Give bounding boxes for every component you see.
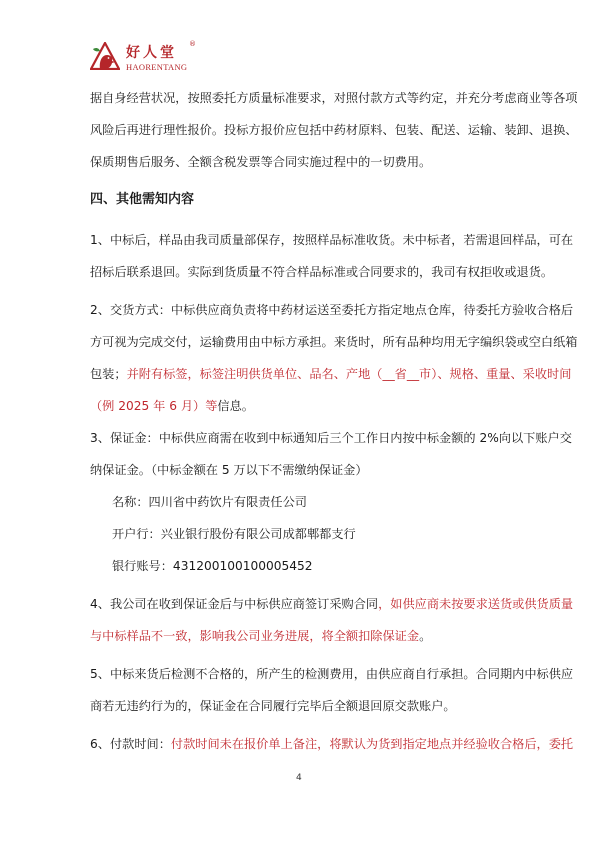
item-5-line: 5、中标来货后检测不合格的，所产生的检测费用，由供应商自行承担。合同期内中标供应 (90, 666, 573, 682)
page-number: 4 (296, 773, 302, 783)
item-1-line: 招标后联系退回。实际到货质量不符合样品标准或合同要求的，我司有权拒收或退货。 (90, 264, 553, 280)
item-6-line: 6、付款时间：付款时间未在报价单上备注，将默认为货到指定地点并经验收合格后，委托 (90, 736, 573, 752)
item-4-line: 4、我公司在收到保证金后与中标供应商签订采购合同，如供应商未按要求送货或供货质量 (90, 596, 573, 612)
company-logo: 好人堂 ® HAORENTANG (90, 40, 200, 72)
item-2-line: 2、交货方式：中标供应商负责将中药材运送至委托方指定地点仓库，待委托方验收合格后 (90, 302, 573, 318)
account-number: 银行账号：431200100100005452 (112, 558, 313, 574)
haorentang-logo-icon (90, 42, 120, 70)
text-normal: 4、我公司在收到保证金后与中标供应商签订采购合同 (90, 597, 378, 611)
paragraph-line: 风险后再进行理性报价。投标方报价应包括中药材原料、包装、配送、运输、装卸、退换、 (90, 122, 578, 138)
text-emphasis: （例 2025 年 6 月）等 (90, 399, 217, 413)
text-normal: 信息。 (217, 399, 254, 413)
text-normal: 。 (419, 629, 431, 643)
text-emphasis: 付款时间未在报价单上备注，将默认为货到指定地点并经验收合格后，委托 (171, 737, 573, 751)
item-2-line: 包装；并附有标签，标签注明供货单位、品名、产地（__省__市）、规格、重量、采收… (90, 366, 571, 382)
item-1-line: 1、中标后，样品由我司质量部保存，按照样品标准收货。未中标者，若需退回样品，可在 (90, 232, 573, 248)
item-3-line: 3、保证金：中标供应商需在收到中标通知后三个工作日内按中标金额的 2%向以下账户… (90, 430, 572, 446)
text-emphasis: 并附有标签，标签注明供货单位、品名、产地（__省__市）、规格、重量、采收时间 (127, 367, 572, 381)
account-bank: 开户行：兴业银行股份有限公司成都郫都支行 (112, 526, 356, 542)
item-4-line: 与中标样品不一致，影响我公司业务进展，将全额扣除保证金。 (90, 628, 431, 644)
text-emphasis: 与中标样品不一致，影响我公司业务进展，将全额扣除保证金 (90, 629, 419, 643)
text-normal: 包装； (90, 367, 127, 381)
account-name: 名称：四川省中药饮片有限责任公司 (112, 494, 307, 510)
text-normal: 6、付款时间： (90, 737, 171, 751)
item-2-line: （例 2025 年 6 月）等信息。 (90, 398, 254, 414)
registered-mark: ® (189, 40, 196, 48)
logo-english-name: HAORENTANG (126, 62, 187, 72)
item-2-line: 方可视为完成交付，运输费用由中标方承担。来货时，所有品种均用无字编织袋或空白纸箱 (90, 334, 578, 350)
text-emphasis: ，如供应商未按要求送货或供货质量 (378, 597, 573, 611)
logo-chinese-name: 好人堂 (126, 42, 177, 62)
section-title: 四、其他需知内容 (90, 192, 194, 208)
paragraph-line: 保质期售后服务、全额含税发票等合同实施过程中的一切费用。 (90, 154, 431, 170)
item-3-line: 纳保证金。（中标金额在 5 万以下不需缴纳保证金） (90, 462, 368, 478)
item-5-line: 商若无违约行为的，保证金在合同履行完毕后全额退回原交款账户。 (90, 698, 456, 714)
paragraph-line: 据自身经营状况，按照委托方质量标准要求，对照付款方式等约定，并充分考虑商业等各项 (90, 90, 578, 106)
